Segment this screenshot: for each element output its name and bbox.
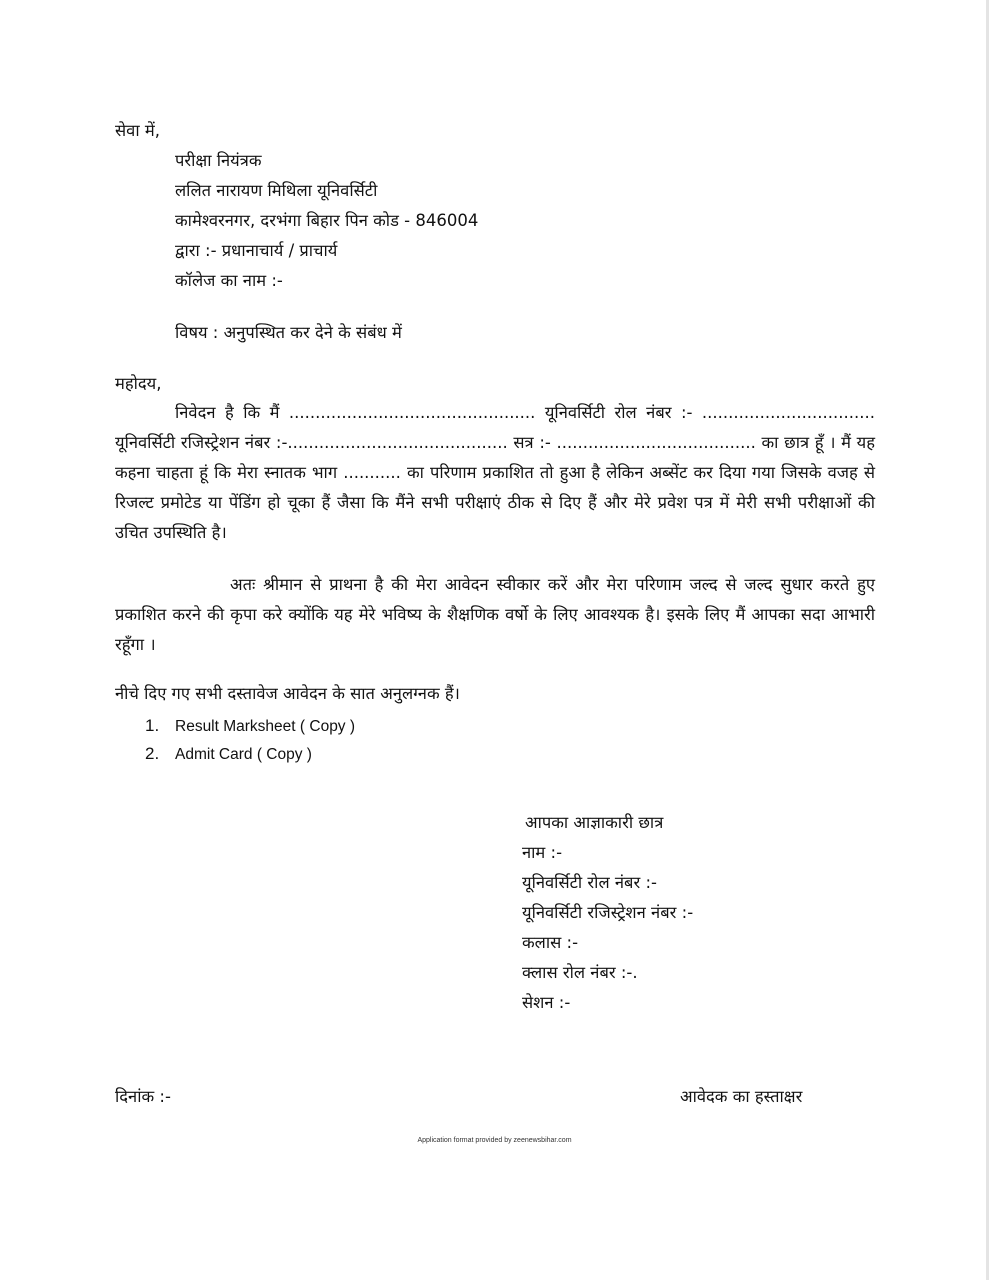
recipient-through: द्वारा :- प्रधानाचार्य / प्राचार्य [175, 240, 337, 262]
recipient-designation: परीक्षा नियंत्रक [175, 150, 262, 172]
attachment-number: 1. [145, 716, 175, 736]
attachment-number: 2. [145, 744, 175, 764]
closing-field-class-roll: क्लास रोल नंबर :-. [522, 962, 638, 984]
attachment-item: 1.Result Marksheet ( Copy ) [145, 716, 355, 736]
greeting: महोदय, [115, 373, 161, 395]
closing-field-class: कलास :- [522, 932, 578, 954]
attachments-intro: नीचे दिए गए सभी दस्तावेज आवेदन के सात अन… [115, 683, 460, 705]
salutation-to: सेवा में, [115, 120, 160, 142]
closing-field-roll: यूनिवर्सिटी रोल नंबर :- [522, 872, 657, 894]
letter-subject: विषय : अनुपस्थित कर देने के संबंध में [175, 322, 402, 344]
closing-field-session: सेशन :- [522, 992, 570, 1014]
date-label: दिनांक :- [115, 1086, 171, 1108]
closing-field-registration: यूनिवर्सिटी रजिस्ट्रेशन नंबर :- [522, 902, 693, 924]
sign-off: आपका आज्ञाकारी छात्र [525, 812, 663, 834]
body-paragraph-2: अतः श्रीमान से प्राथना है की मेरा आवेदन … [115, 570, 875, 660]
footer-note: Application format provided by zeenewsbi… [0, 1137, 989, 1144]
attachment-item: 2.Admit Card ( Copy ) [145, 744, 312, 764]
recipient-university: ललित नारायण मिथिला यूनिवर्सिटी [175, 180, 377, 202]
recipient-address: कामेश्वरनगर, दरभंगा बिहार पिन कोड - 8460… [175, 210, 478, 232]
closing-field-name: नाम :- [522, 842, 562, 864]
attachment-label: Result Marksheet ( Copy ) [175, 718, 355, 735]
signature-label: आवेदक का हस्ताक्षर [680, 1086, 802, 1108]
recipient-college: कॉलेज का नाम :- [175, 270, 283, 292]
body-paragraph-1: निवेदन है कि मैं .......................… [115, 398, 875, 548]
attachment-label: Admit Card ( Copy ) [175, 746, 312, 763]
